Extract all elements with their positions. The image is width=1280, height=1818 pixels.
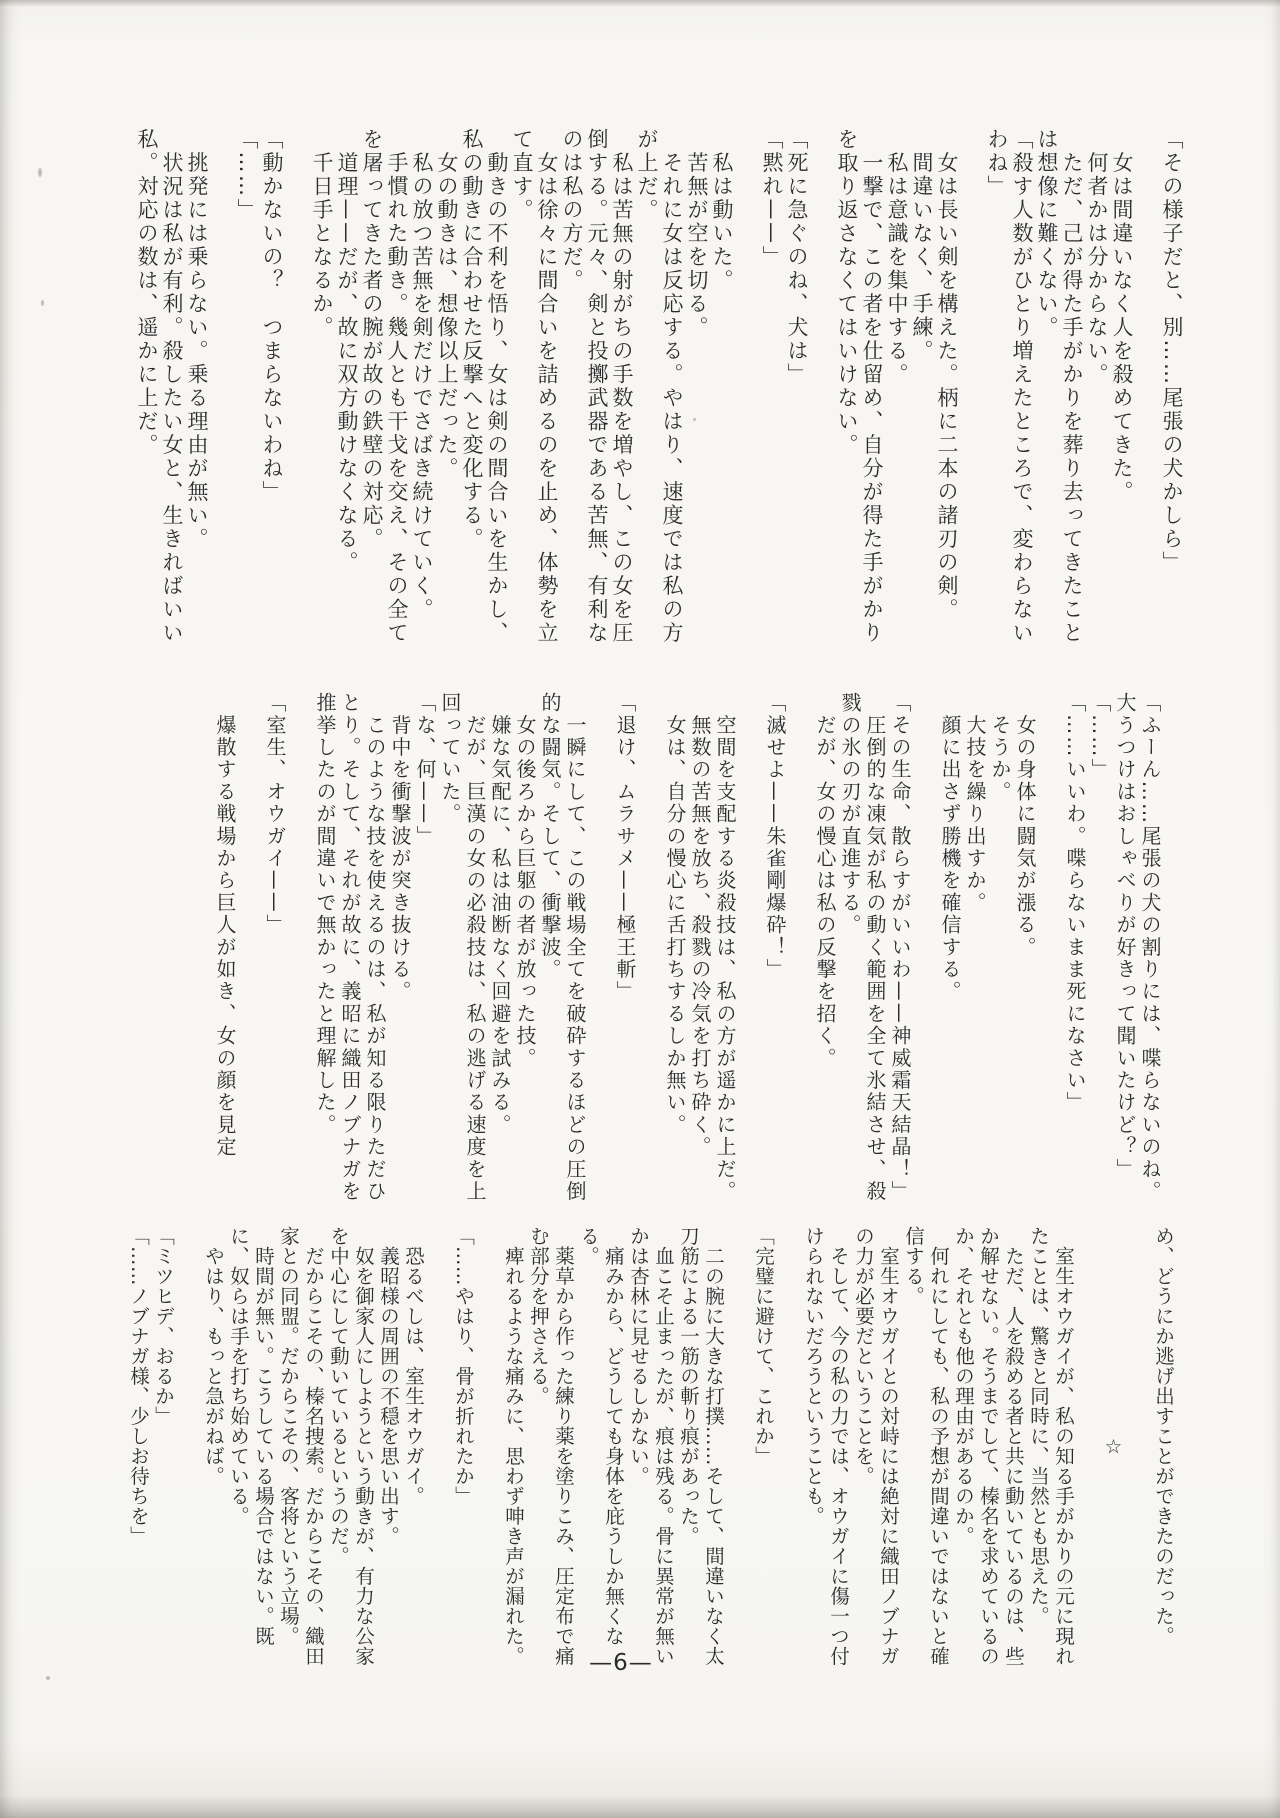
text-column: 「……」 [234, 128, 259, 664]
text-column: 私は意識を集中する。 [884, 128, 909, 664]
text-column: だが、女の慢心は私の反撃を招く。 [812, 692, 837, 1204]
text-column: 道理——だが、故に双方動けなくなる。 [334, 128, 359, 664]
scan-speck [46, 1676, 50, 1680]
text-column: このような技を使えるのは、私が知る限りただひとり。そして、それが故に、義昭に織田… [312, 692, 387, 1204]
text-column: ただ、人を殺める者と共に動いているのは、些か解せない。そうまでして、榛名を求めて… [951, 1226, 1026, 1666]
scan-speck [41, 300, 44, 306]
text-column: 女の後ろから巨躯の者が放った技。 [512, 692, 537, 1204]
scanned-page: 「その様子だと、別……尾張の犬かしら」 女は間違いなく人を殺めてきた。 何者かは… [0, 0, 1280, 1818]
column-spacer [734, 128, 759, 138]
column-spacer [1134, 128, 1159, 138]
text-column: 薬草から作った練り薬を塗りこみ、圧定布で痛む部分を押さえる。 [526, 1226, 576, 1666]
text-column: 苦無が空を切る。 [684, 128, 709, 664]
text-column: 何れにしても、私の予想が間違いではないと確信する。 [901, 1226, 951, 1666]
text-column: 間違いなく、手練。 [909, 128, 934, 664]
column-spacer [637, 692, 662, 702]
text-column: 爆散する戦場から巨人が如き、女の顔を見定 [212, 692, 237, 1204]
text-column: 私は苦無の射がちの手数を増やし、この女を圧倒する。元々、剣と投擲武器である苦無、… [559, 128, 634, 664]
column-spacer [776, 1226, 801, 1236]
text-column: 痛みから、どうしても身体を庇うしか無くなる。 [576, 1226, 626, 1666]
text-column: 「……いいわ。喋らないまま死になさい」 [1062, 692, 1087, 1204]
text-column: 血こそ止まったが、痕は残る。骨に異常が無いかは杏林に見せるしかない。 [626, 1226, 676, 1666]
text-column: 動きの不利を悟り、女は剣の間合いを生かし、私の動きに合わせた反撃へと変化する。 [459, 128, 509, 664]
column-spacer [787, 692, 812, 702]
text-column: 痺れるような痛みに、思わず呻き声が漏れた。 [501, 1226, 526, 1666]
text-column: 一撃で、この者を仕留め、自分が得た手がかりを取り返さなくてはいけない。 [834, 128, 884, 664]
text-column: 「殺す人数がひとり増えたところで、変わらないわね」 [984, 128, 1034, 664]
text-column: 「……ノブナガ様、少しお待ちを」 [126, 1226, 151, 1666]
text-column: 室生オウガイが、私の知る手がかりの元に現れたことは、驚きと同時に、当然とも思えた… [1026, 1226, 1076, 1666]
text-column: 義昭様の周囲の不穏を思い出す。 [376, 1226, 401, 1666]
column-spacer [1126, 1226, 1151, 1236]
text-block-top: 「その様子だと、別……尾張の犬かしら」 女は間違いなく人を殺めてきた。 何者かは… [134, 128, 1184, 664]
text-column: 「……」 [1087, 692, 1112, 1204]
text-column: やはり、もっと急がねば。 [201, 1226, 226, 1666]
text-column: 「退け、ムラサメ——極王斬」 [612, 692, 637, 1204]
text-column: 恐るべしは、室生オウガイ。 [401, 1226, 426, 1666]
column-spacer [176, 1226, 201, 1236]
text-column: 「滅せよ——朱雀剛爆砕！」 [762, 692, 787, 1204]
text-column: 「黙れ——」 [759, 128, 784, 664]
text-column: 女は、自分の慢心に舌打ちするしか無い。 [662, 692, 687, 1204]
column-spacer [287, 692, 312, 702]
column-spacer [209, 128, 234, 138]
text-column: 私の放つ苦無を剣だけでさばき続けていく。 [409, 128, 434, 664]
scan-speck [38, 168, 42, 177]
text-column: 背中を衝撃波が突き抜ける。 [387, 692, 412, 1204]
text-column: だからこその、榛名捜索。だからこその、織田家との同盟。だからこその、客将という立… [276, 1226, 326, 1666]
text-column: 奴を御家人にしようという動きが、有力な公家を中心にして動いているというのだ。 [326, 1226, 376, 1666]
column-spacer [726, 1226, 751, 1236]
text-column: 千日手となるか。 [309, 128, 334, 664]
column-spacer [476, 1226, 501, 1236]
text-column: 状況は私が有利。殺したい女と、生きればいい私。対応の数は、遥かに上だ。 [134, 128, 184, 664]
column-spacer [1076, 1226, 1101, 1236]
column-spacer [237, 692, 262, 702]
text-column: 「その様子だと、別……尾張の犬かしら」 [1159, 128, 1184, 664]
text-column: 何者かは分からない。 [1084, 128, 1109, 664]
text-column: 顔に出さず勝機を確信する。 [937, 692, 962, 1204]
text-column: ただ、己が得た手がかりを葬り去ってきたことは想像に難くない。 [1034, 128, 1084, 664]
section-divider-star: ☆ [1101, 1226, 1126, 1666]
text-column: 空間を支配する炎殺技は、私の方が遥かに上だ。 [712, 692, 737, 1204]
text-column: 時間が無い。こうしている場合ではない。既に、奴らは手を打ち始めている。 [226, 1226, 276, 1666]
column-spacer [587, 692, 612, 702]
text-column: 二の腕に大きな打撲……そして、間違いなく太刀筋による一筋の斬り痕があった。 [676, 1226, 726, 1666]
text-column: 「な、何——」 [412, 692, 437, 1204]
text-column: 女は間違いなく人を殺めてきた。 [1109, 128, 1134, 664]
column-spacer [809, 128, 834, 138]
text-column: 室生オウガイとの対峙には絶対に織田ノブナガの力が必要だということを。 [851, 1226, 901, 1666]
text-column: 挑発には乗らない。乗る理由が無い。 [184, 128, 209, 664]
text-column: 大技を繰り出すか。 [962, 692, 987, 1204]
text-block-bottom: め、どうにか逃げ出すことができたのだった。☆ 室生オウガイが、私の知る手がかりの… [126, 1226, 1176, 1666]
text-column: め、どうにか逃げ出すことができたのだった。 [1151, 1226, 1176, 1666]
text-column: 「ミツヒデ、おるか」 [151, 1226, 176, 1666]
text-column: 一瞬にして、この戦場全てを破砕するほどの圧倒的な闘気。そして、衝撃波。 [537, 692, 587, 1204]
text-column: 私は動いた。 [709, 128, 734, 664]
column-spacer [1037, 692, 1062, 702]
text-column: そうか。 [987, 692, 1012, 1204]
column-spacer [426, 1226, 451, 1236]
column-spacer [912, 692, 937, 702]
text-column: それに女は反応する。やはり、速度では私の方が上だ。 [634, 128, 684, 664]
text-column: 「室生、オウガイ——」 [262, 692, 287, 1204]
text-column: 女の動きは、想像以上だった。 [434, 128, 459, 664]
text-column: 嫌な気配に、私は油断なく回避を試みる。 [487, 692, 512, 1204]
text-column: 女の身体に闘気が漲る。 [1012, 692, 1037, 1204]
column-spacer [959, 128, 984, 138]
text-column: だが、巨漢の女の必殺技は、私の逃げる速度を上回っていた。 [437, 692, 487, 1204]
text-column: 女は長い剣を構えた。柄に二本の諸刃の剣。 [934, 128, 959, 664]
page-number: —6— [0, 1650, 1242, 1676]
text-column: 無数の苦無を放ち、殺戮の冷気を打ち砕く。 [687, 692, 712, 1204]
text-column: 「動かないの？ つまらないわね」 [259, 128, 284, 664]
scan-speck [693, 418, 696, 421]
text-column: 「完璧に避けて、これか」 [751, 1226, 776, 1666]
text-column: 圧倒的な凍気が私の動く範囲を全て氷結させ、殺戮の氷の刃が直進する。 [837, 692, 887, 1204]
text-column: 女は徐々に間合いを詰めるのを止め、体勢を立て直す。 [509, 128, 559, 664]
text-column: 「……やはり、骨が折れたか」 [451, 1226, 476, 1666]
text-column: 「死に急ぐのね、犬は」 [784, 128, 809, 664]
text-block-middle: 「ふーん……尾張の犬の割りには、喋らないのね。大うつけはおしゃべりが好きって聞い… [212, 692, 1162, 1204]
text-column: そして、今の私の力では、オウガイに傷一つ付けられないだろうということも。 [801, 1226, 851, 1666]
text-column: 「ふーん……尾張の犬の割りには、喋らないのね。大うつけはおしゃべりが好きって聞い… [1112, 692, 1162, 1204]
text-column: 「その生命、散らすがいいわ——神威霜天結晶！」 [887, 692, 912, 1204]
column-spacer [737, 692, 762, 702]
text-column: 手慣れた動き。幾人とも干戈を交え、その全てを屠ってきた者の腕が故の鉄壁の対応。 [359, 128, 409, 664]
column-spacer [284, 128, 309, 138]
